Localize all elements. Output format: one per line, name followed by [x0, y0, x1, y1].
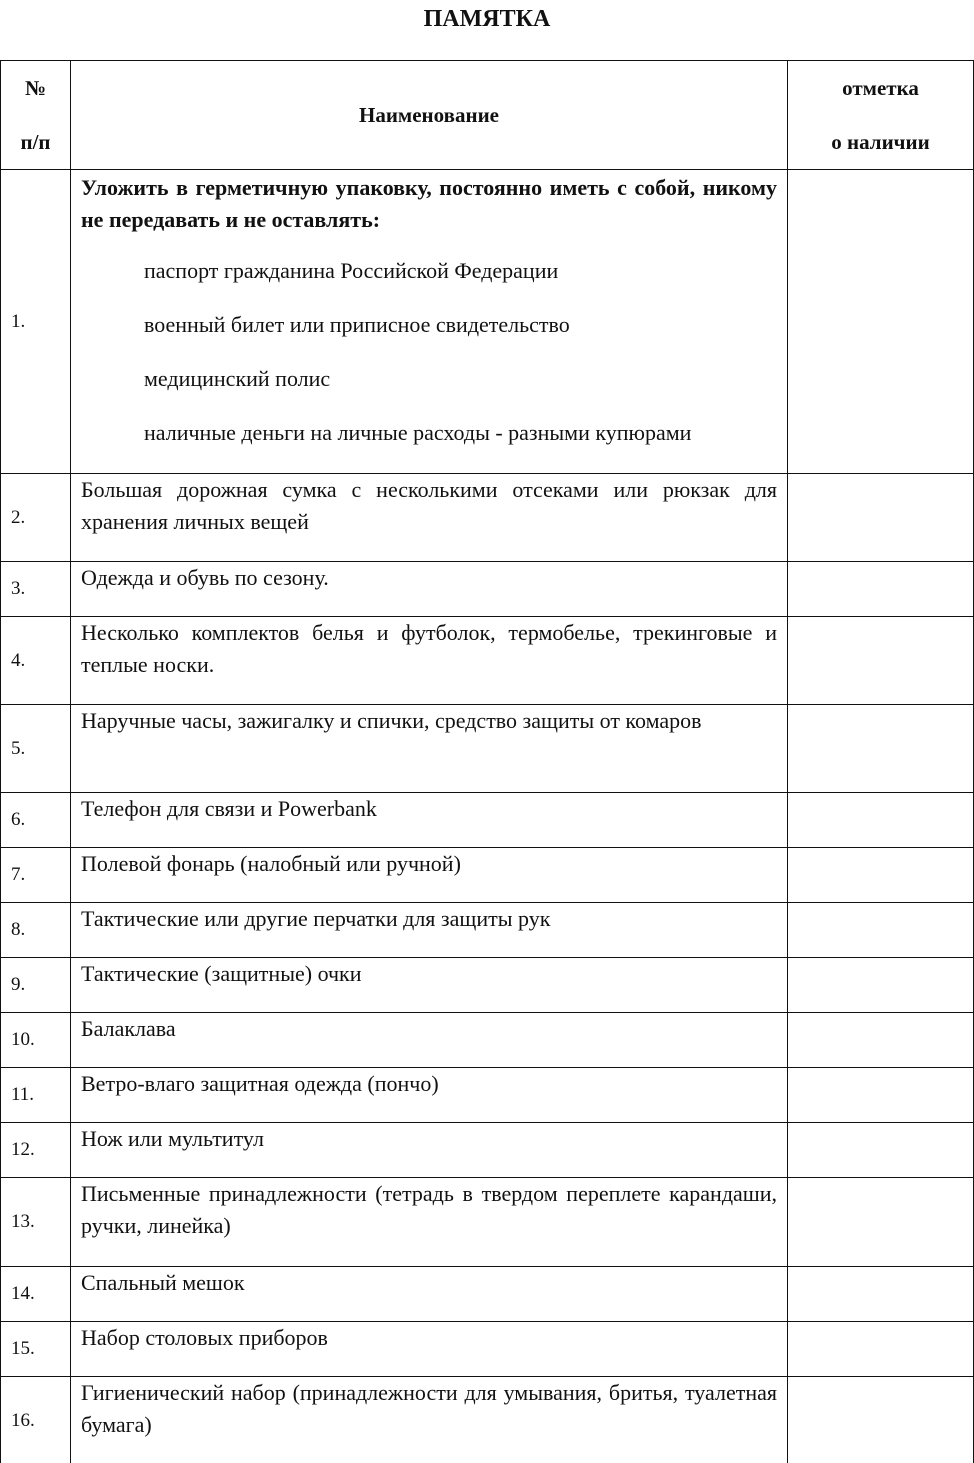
mark-cell[interactable] [788, 705, 974, 793]
header-number: № п/п [1, 61, 71, 170]
row-name: Тактические или другие перчатки для защи… [71, 903, 788, 958]
sub-item: медицинский полис [81, 352, 777, 406]
mark-cell[interactable] [788, 1267, 974, 1322]
header-number-line1: № [1, 61, 70, 115]
row-name: Полевой фонарь (налобный или ручной) [71, 848, 788, 903]
row-name: Спальный мешок [71, 1267, 788, 1322]
row-number: 8. [1, 903, 71, 958]
table-row: 3.Одежда и обувь по сезону. [1, 562, 974, 617]
row-number: 10. [1, 1013, 71, 1068]
table-row: 14.Спальный мешок [1, 1267, 974, 1322]
row-number: 9. [1, 958, 71, 1013]
header-number-line2: п/п [1, 115, 70, 169]
sub-item: военный билет или приписное свидетельств… [81, 298, 777, 352]
row-number: 13. [1, 1178, 71, 1267]
table-row: 1. Уложить в герметичную упаковку, посто… [1, 170, 974, 474]
row-number: 1. [1, 170, 71, 474]
table-row: 16.Гигиенический набор (принадлежности д… [1, 1377, 974, 1463]
table-row: 11.Ветро-влаго защитная одежда (пончо) [1, 1068, 974, 1123]
mark-cell[interactable] [788, 170, 974, 474]
row-name: Нож или мультитул [71, 1123, 788, 1178]
row-number: 16. [1, 1377, 71, 1463]
row-name: Одежда и обувь по сезону. [71, 562, 788, 617]
row-number: 2. [1, 474, 71, 562]
mark-cell[interactable] [788, 1013, 974, 1068]
table-row: 2.Большая дорожная сумка с несколькими о… [1, 474, 974, 562]
checklist-table: № п/п Наименование отметка о наличии 1. … [0, 60, 974, 1463]
row-number: 15. [1, 1322, 71, 1377]
row-number: 5. [1, 705, 71, 793]
row-name: Несколько комплектов белья и футболок, т… [71, 617, 788, 705]
table-row: 13.Письменные принадлежности (тетрадь в … [1, 1178, 974, 1267]
header-mark: отметка о наличии [788, 61, 974, 170]
table-row: 15.Набор столовых приборов [1, 1322, 974, 1377]
sub-item: наличные деньги на личные расходы - разн… [81, 406, 777, 460]
table-row: 5.Наручные часы, зажигалку и спички, сре… [1, 705, 974, 793]
mark-cell[interactable] [788, 958, 974, 1013]
row-number: 14. [1, 1267, 71, 1322]
row-name: Тактические (защитные) очки [71, 958, 788, 1013]
row-name: Уложить в герметичную упаковку, постоянн… [71, 170, 788, 474]
row-name: Письменные принадлежности (тетрадь в тве… [71, 1178, 788, 1267]
mark-cell[interactable] [788, 474, 974, 562]
header-mark-line1: отметка [788, 61, 973, 115]
mark-cell[interactable] [788, 903, 974, 958]
mark-cell[interactable] [788, 1123, 974, 1178]
mark-cell[interactable] [788, 1178, 974, 1267]
document-title: ПАМЯТКА [0, 4, 974, 34]
table-row: 10.Балаклава [1, 1013, 974, 1068]
mark-cell[interactable] [788, 848, 974, 903]
row-number: 12. [1, 1123, 71, 1178]
row-name: Ветро-влаго защитная одежда (пончо) [71, 1068, 788, 1123]
row-name: Гигиенический набор (принадлежности для … [71, 1377, 788, 1463]
header-mark-line2: о наличии [788, 115, 973, 169]
row-number: 11. [1, 1068, 71, 1123]
header-name: Наименование [71, 61, 788, 170]
row-name: Наручные часы, зажигалку и спички, средс… [71, 705, 788, 793]
mark-cell[interactable] [788, 1322, 974, 1377]
row-heading: Уложить в герметичную упаковку, постоянн… [81, 172, 777, 236]
table-row: 8.Тактические или другие перчатки для за… [1, 903, 974, 958]
row-name: Набор столовых приборов [71, 1322, 788, 1377]
mark-cell[interactable] [788, 793, 974, 848]
mark-cell[interactable] [788, 562, 974, 617]
row-name: Телефон для связи и Powerbank [71, 793, 788, 848]
table-row: 7.Полевой фонарь (налобный или ручной) [1, 848, 974, 903]
row-name: Балаклава [71, 1013, 788, 1068]
sub-item: паспорт гражданина Российской Федерации [81, 244, 777, 298]
row-number: 4. [1, 617, 71, 705]
mark-cell[interactable] [788, 1068, 974, 1123]
row-number: 7. [1, 848, 71, 903]
mark-cell[interactable] [788, 617, 974, 705]
table-row: 9.Тактические (защитные) очки [1, 958, 974, 1013]
row-number: 6. [1, 793, 71, 848]
table-row: 4.Несколько комплектов белья и футболок,… [1, 617, 974, 705]
mark-cell[interactable] [788, 1377, 974, 1463]
table-row: 12.Нож или мультитул [1, 1123, 974, 1178]
table-header-row: № п/п Наименование отметка о наличии [1, 61, 974, 170]
row-name: Большая дорожная сумка с несколькими отс… [71, 474, 788, 562]
table-row: 6.Телефон для связи и Powerbank [1, 793, 974, 848]
row-number: 3. [1, 562, 71, 617]
